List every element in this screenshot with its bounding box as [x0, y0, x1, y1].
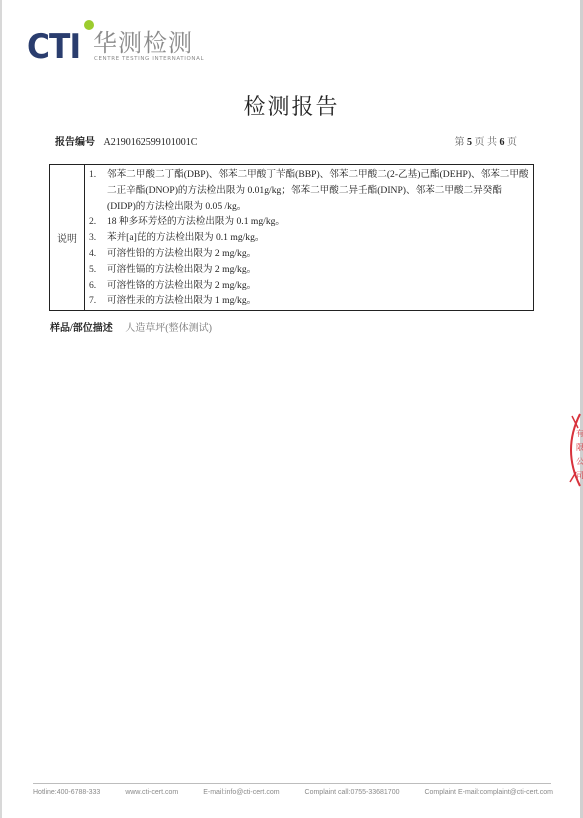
note-item: 4. 可溶性铅的方法检出限为 2 mg/kg。	[89, 246, 529, 262]
sample-description: 样品/部位描述 人造草坪(整体测试)	[50, 319, 212, 334]
note-item: 1. 邻苯二甲酸二丁酯(DBP)、邻苯二甲酸丁苄酯(BBP)、邻苯二甲酸二(2-…	[89, 167, 529, 214]
note-number: 2.	[89, 214, 107, 230]
page-prefix: 第	[455, 137, 465, 148]
footer-hotline: Hotline:400-6788-333	[33, 789, 100, 796]
company-seal-icon: 有 限 公 司	[566, 412, 583, 488]
logo-english-name: CENTRE TESTING INTERNATIONAL	[94, 56, 204, 62]
note-text: 可溶性铅的方法检出限为 2 mg/kg。	[107, 246, 529, 262]
note-text: 18 种多环芳烃的方法检出限为 0.1 mg/kg。	[107, 214, 529, 230]
report-number: 报告编号 A2190162599101001C	[55, 133, 197, 148]
report-number-label: 报告编号	[55, 137, 95, 148]
note-item: 6. 可溶性铬的方法检出限为 2 mg/kg。	[89, 278, 529, 294]
page-current: 5	[467, 137, 472, 148]
note-number: 7.	[89, 293, 107, 309]
footer-complaint-email[interactable]: Complaint E-mail:complaint@cti-cert.com	[424, 789, 552, 796]
svg-text:司: 司	[576, 471, 583, 480]
page-edge-left	[0, 0, 2, 818]
note-number: 3.	[89, 230, 107, 246]
note-text: 可溶性镉的方法检出限为 2 mg/kg。	[107, 262, 529, 278]
report-meta-row: 报告编号 A2190162599101001C 第 5 页 共 6 页	[55, 133, 517, 148]
footer-divider	[33, 783, 551, 784]
report-number-value: A2190162599101001C	[104, 137, 198, 148]
svg-text:有: 有	[576, 428, 583, 438]
note-number: 5.	[89, 262, 107, 278]
document-title: 检测报告	[0, 90, 583, 121]
note-item: 7. 可溶性汞的方法检出限为 1 mg/kg。	[89, 293, 529, 309]
note-number: 4.	[89, 246, 107, 262]
note-item: 2. 18 种多环芳烃的方法检出限为 0.1 mg/kg。	[89, 214, 529, 230]
note-item: 3. 苯并[a]芘的方法检出限为 0.1 mg/kg。	[89, 230, 529, 246]
footer-website[interactable]: www.cti-cert.com	[125, 789, 178, 796]
company-logo: CTI 华测检测 CENTRE TESTING INTERNATIONAL	[27, 20, 217, 65]
page-suffix: 页	[507, 137, 517, 148]
svg-text:限: 限	[576, 443, 583, 452]
page-total: 6	[500, 137, 505, 148]
sample-description-value: 人造草坪(整体测试)	[125, 323, 212, 334]
notes-label: 说明	[50, 165, 85, 311]
footer-complaint-call: Complaint call:0755-33681700	[305, 789, 400, 796]
logo-chinese-name: 华测检测	[93, 30, 193, 56]
note-text: 苯并[a]芘的方法检出限为 0.1 mg/kg。	[107, 230, 529, 246]
note-number: 6.	[89, 278, 107, 294]
footer-email[interactable]: E-mail:info@cti-cert.com	[203, 789, 279, 796]
page-mid: 页 共	[475, 137, 498, 148]
logo-brand: CTI	[27, 30, 80, 64]
footer: Hotline:400-6788-333 www.cti-cert.com E-…	[33, 789, 553, 796]
notes-body: 1. 邻苯二甲酸二丁酯(DBP)、邻苯二甲酸丁苄酯(BBP)、邻苯二甲酸二(2-…	[85, 165, 534, 311]
sample-description-label: 样品/部位描述	[50, 323, 113, 334]
note-number: 1.	[89, 167, 107, 214]
page-indicator: 第 5 页 共 6 页	[455, 133, 518, 148]
notes-table: 说明 1. 邻苯二甲酸二丁酯(DBP)、邻苯二甲酸丁苄酯(BBP)、邻苯二甲酸二…	[49, 164, 534, 311]
svg-text:公: 公	[576, 457, 583, 466]
note-text: 可溶性铬的方法检出限为 2 mg/kg。	[107, 278, 529, 294]
note-text: 可溶性汞的方法检出限为 1 mg/kg。	[107, 293, 529, 309]
note-item: 5. 可溶性镉的方法检出限为 2 mg/kg。	[89, 262, 529, 278]
note-text: 邻苯二甲酸二丁酯(DBP)、邻苯二甲酸丁苄酯(BBP)、邻苯二甲酸二(2-乙基)…	[107, 167, 529, 214]
